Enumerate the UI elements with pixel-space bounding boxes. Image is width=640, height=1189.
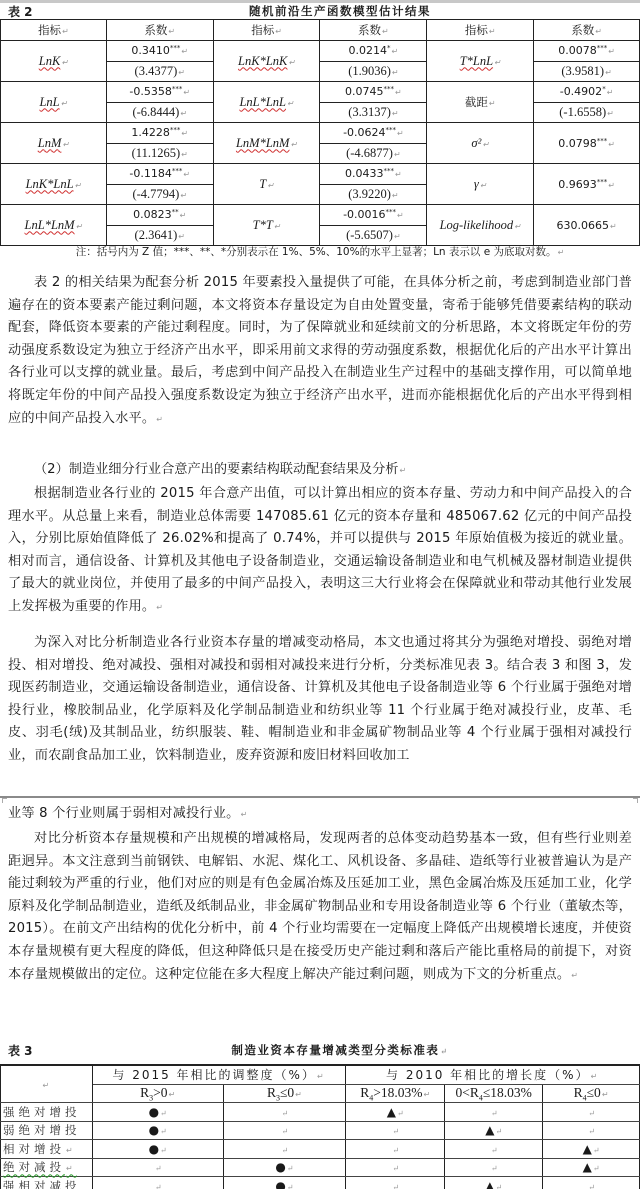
z-cell: (3.9581)↵ [534,61,640,82]
mark-cell: ↵ [346,1177,445,1189]
table-row: 绝对减投↵ ↵ ●↵ ↵ ↵ ▲↵ [1,1158,640,1177]
z-cell: (3.3137)↵ [320,102,427,123]
indicator-cell: T*LnL↵ [427,41,534,82]
coef-cell: 0.9693***↵ [534,164,640,205]
coef-cell: -0.4902*↵ [534,82,640,103]
indicator-cell: γ↵ [427,164,534,205]
r3-nonpositive-header: R3≤0↵ [223,1084,346,1103]
table3-sub-header-row: R3>0↵ R3≤0↵ R4>18.03%↵ 0<R4≤18.03% R4≤0↵ [1,1084,640,1103]
header-indicator: 指标↵ [427,20,534,41]
triangle-icon-cell: ▲↵ [346,1103,445,1122]
table-row: LnM↵ 1.4228***↵ LnM*LnM↵ -0.0624***↵ σ²↵… [1,123,640,144]
category-label: 弱绝对增投 [1,1121,93,1140]
coef-cell: 1.4228***↵ [106,123,213,144]
table-row: LnL*LnM↵ 0.0823**↵ T*T↵ -0.0016***↵ Log-… [1,205,640,226]
table-row: LnK*LnL↵ -0.1184***↵ T↵ 0.0433***↵ γ↵ 0.… [1,164,640,185]
coef-cell: -0.5358***↵ [106,82,213,103]
paragraph-1: 表 2 的相关结果为配套分析 2015 年要素投入量提供了可能，在具体分析之前，… [8,272,632,431]
indicator-cell: σ²↵ [427,123,534,164]
z-cell: (11.1265)↵ [106,143,213,164]
mark-cell: ↵ [543,1103,640,1122]
z-cell: (2.3641)↵ [106,225,213,246]
mark-cell: ↵ [543,1121,640,1140]
indicator-cell: T↵ [213,164,320,205]
indicator-cell: T*T↵ [213,205,320,246]
mark-cell: ↵ [445,1158,543,1177]
indicator-cell: LnL*LnL↵ [213,82,320,123]
mark-cell: ↵ [223,1121,346,1140]
r4-low-header: R4≤0↵ [543,1084,640,1103]
header-indicator: 指标↵ [1,20,107,41]
mark-cell: ↵ [346,1158,445,1177]
coef-cell: 0.0433***↵ [320,164,427,185]
table-row: LnK↵ 0.3410***↵ LnK*LnK↵ 0.0214*↵ T*LnL↵… [1,41,640,62]
mark-cell: ↵ [346,1140,445,1159]
z-cell: (1.9036)↵ [320,61,427,82]
table3-group-header-row: ↵ 与 2015 年相比的调整度（%）↵ 与 2010 年相比的增长度（%）↵ [1,1065,640,1084]
group1-header: 与 2015 年相比的调整度（%）↵ [92,1065,345,1084]
mark-cell: ↵ [92,1158,223,1177]
paragraph-3-continued: 业等 8 个行业则属于弱相对减投行业。↵ [8,803,632,827]
table-row: 相对增投↵ ●↵ ↵ ↵ ↵ ▲↵ [1,1140,640,1159]
table-row: 弱绝对增投 ●↵ ↵ ↵ ▲↵ ↵ [1,1121,640,1140]
dot-icon-cell: ●↵ [92,1140,223,1159]
header-indicator: 指标↵ [213,20,320,41]
dot-icon-cell: ●↵ [223,1177,346,1189]
indicator-cell: LnM↵ [1,123,107,164]
triangle-icon-cell: ▲↵ [543,1140,640,1159]
r3-positive-header: R3>0↵ [92,1084,223,1103]
indicator-cell: 截距↵ [427,82,534,123]
indicator-cell: LnL*LnM↵ [1,205,107,246]
coef-cell: 0.0078***↵ [534,41,640,62]
z-cell: (3.9220)↵ [320,184,427,205]
subheading: （2）制造业细分行业合意产出的要素结构联动配套结果及分析↵ [34,458,406,477]
group2-header: 与 2010 年相比的增长度（%）↵ [346,1065,640,1084]
table3: ↵ 与 2015 年相比的调整度（%）↵ 与 2010 年相比的增长度（%）↵ … [0,1064,640,1189]
coef-cell: 0.0745***↵ [320,82,427,103]
table3-caption: 表 3 制造业资本存量增减类型分类标准表↵ [0,1040,640,1058]
header-coef: 系数↵ [534,20,640,41]
mark-cell: ↵ [445,1103,543,1122]
coef-cell: 0.0823**↵ [106,205,213,226]
mark-cell: ↵ [346,1121,445,1140]
table2-caption: 表 2 随机前沿生产函数模型估计结果 [0,1,640,19]
table3-title: 制造业资本存量增减类型分类标准表↵ [0,1042,640,1058]
category-label: 绝对减投↵ [1,1158,93,1177]
triangle-icon-cell: ▲↵ [445,1121,543,1140]
dot-icon-cell: ●↵ [223,1158,346,1177]
dot-icon-cell: ●↵ [92,1121,223,1140]
z-cell: (3.4377)↵ [106,61,213,82]
mark-cell: ↵ [92,1177,223,1189]
category-label: 强相对减投 [1,1177,93,1189]
mark-cell: ↵ [223,1103,346,1122]
table-row: 强绝对增投 ●↵ ↵ ▲↵ ↵ ↵ [1,1103,640,1122]
z-cell: (-6.8444)↵ [106,102,213,123]
z-cell: (-1.6558)↵ [534,102,640,123]
page-break-line [0,796,640,798]
indicator-cell: LnM*LnM↵ [213,123,320,164]
coef-cell: 0.0214*↵ [320,41,427,62]
indicator-cell: LnK↵ [1,41,107,82]
z-cell: (-4.7794)↵ [106,184,213,205]
triangle-icon-cell: ▲↵ [445,1177,543,1189]
indicator-cell: LnK*LnL↵ [1,164,107,205]
corner-cell: ↵ [1,1065,93,1103]
table2-header-row: 指标↵ 系数↵ 指标↵ 系数↵ 指标↵ 系数↵ [1,20,640,41]
table2: 指标↵ 系数↵ 指标↵ 系数↵ 指标↵ 系数↵ LnK↵ 0.3410***↵ … [0,19,640,246]
table2-title: 随机前沿生产函数模型估计结果 [0,3,640,19]
mark-cell: ↵ [543,1177,640,1189]
z-cell: (-4.6877)↵ [320,143,427,164]
header-coef: 系数↵ [320,20,427,41]
coef-cell: 0.0798***↵ [534,123,640,164]
table-row: 强相对减投 ↵ ●↵ ↵ ▲↵ ↵ [1,1177,640,1189]
coef-cell: 0.3410***↵ [106,41,213,62]
coef-cell: -0.1184***↵ [106,164,213,185]
r4-high-header: R4>18.03%↵ [346,1084,445,1103]
paragraph-3: 为深入对比分析制造业各行业资本存量的增减变动格局，本文也通过将其分为强绝对增投、… [8,632,632,768]
z-cell: (-5.6507)↵ [320,225,427,246]
paragraph-4: 对比分析资本存量规模和产出规模的增减格局，发现两者的总体变动趋势基本一致，但有些… [8,828,632,987]
category-label: 相对增投↵ [1,1140,93,1159]
mark-cell: ↵ [445,1140,543,1159]
header-coef: 系数↵ [106,20,213,41]
indicator-cell: Log-likelihood↵ [427,205,534,246]
coef-cell: -0.0624***↵ [320,123,427,144]
coef-cell: 630.0665↵ [534,205,640,246]
mark-cell: ↵ [223,1140,346,1159]
coef-cell: -0.0016***↵ [320,205,427,226]
r4-mid-header: 0<R4≤18.03% [445,1084,543,1103]
dot-icon-cell: ●↵ [92,1103,223,1122]
table-row: LnL↵ -0.5358***↵ LnL*LnL↵ 0.0745***↵ 截距↵… [1,82,640,103]
table2-note: 注：括号内为 Z 值；***、**、*分别表示在 1%、5%、10%的水平上显著… [0,244,640,259]
paragraph-2: 根据制造业各行业的 2015 年合意产出值，可以计算出相应的资本存量、劳动力和中… [8,483,632,620]
triangle-icon-cell: ▲↵ [543,1158,640,1177]
category-label: 强绝对增投 [1,1103,93,1122]
indicator-cell: LnK*LnK↵ [213,41,320,82]
indicator-cell: LnL↵ [1,82,107,123]
